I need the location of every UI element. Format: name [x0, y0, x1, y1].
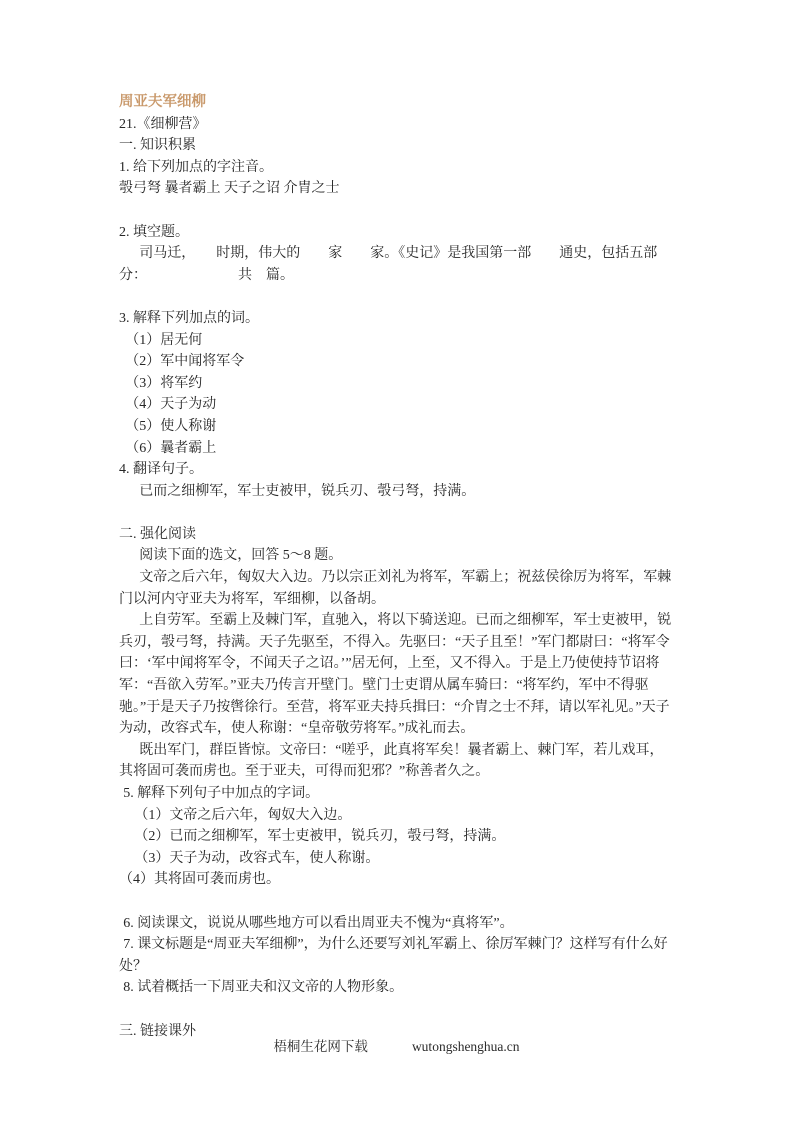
blank-line — [119, 286, 677, 308]
blank-line — [119, 200, 677, 222]
doc-line: （3）将军约 — [119, 373, 677, 395]
blank-line — [119, 502, 677, 524]
doc-line: （2）军中闻将军令 — [119, 351, 677, 373]
page-footer: 梧桐生花网下载wutongshenghua.cn — [0, 1036, 793, 1057]
doc-line: （4）天子为动 — [119, 394, 677, 416]
doc-line: 上自劳军。至霸上及棘门军，直驰入，将以下骑送迎。已而之细柳军，军士吏被甲，锐兵刃… — [119, 610, 677, 740]
footer-site-url: wutongshenghua.cn — [412, 1036, 520, 1057]
doc-line: 二. 强化阅读 — [119, 524, 677, 546]
doc-line: 21.《细柳营》 — [119, 114, 677, 136]
doc-line: 已而之细柳军，军士吏被甲，锐兵刃、彀弓弩，持满。 — [119, 481, 677, 503]
blank-line — [119, 999, 677, 1021]
document-page: 周亚夫军细柳 21.《细柳营》一. 知识积累1. 给下列加点的字注音。彀弓弩 曩… — [0, 0, 793, 1122]
doc-line: （1）文帝之后六年，匈奴大入边。 — [119, 805, 677, 827]
doc-line: 7. 课文标题是“周亚夫军细柳”，为什么还要写刘礼军霸上、徐厉军棘门？这样写有什… — [119, 934, 677, 977]
doc-line: 5. 解释下列句子中加点的字词。 — [119, 783, 677, 805]
doc-line: 文帝之后六年，匈奴大入边。乃以宗正刘礼为将军，军霸上；祝兹侯徐厉为将军，军棘门以… — [119, 567, 677, 610]
doc-line: 阅读下面的选文，回答 5～8 题。 — [119, 545, 677, 567]
doc-line: （6）曩者霸上 — [119, 438, 677, 460]
doc-line: 司马迁， 时期，伟大的 家 家。《史记》是我国第一部 通史，包括五部分： 共 篇… — [119, 243, 677, 286]
doc-line: 3. 解释下列加点的词。 — [119, 308, 677, 330]
doc-line: （2）已而之细柳军，军士吏被甲，锐兵刃，彀弓弩，持满。 — [119, 826, 677, 848]
document-body: 21.《细柳营》一. 知识积累1. 给下列加点的字注音。彀弓弩 曩者霸上 天子之… — [119, 114, 677, 1043]
doc-line: 彀弓弩 曩者霸上 天子之诏 介胄之士 — [119, 178, 677, 200]
doc-line: 2. 填空题。 — [119, 222, 677, 244]
doc-line: 8. 试着概括一下周亚夫和汉文帝的人物形象。 — [119, 977, 677, 999]
doc-line: 1. 给下列加点的字注音。 — [119, 157, 677, 179]
doc-line: （1）居无何 — [119, 330, 677, 352]
doc-line: （4）其将固可袭而虏也。 — [119, 869, 677, 891]
doc-line: （3）天子为动，改容式车，使人称谢。 — [119, 848, 677, 870]
footer-site-name: 梧桐生花网下载 — [273, 1036, 368, 1057]
document-content: 周亚夫军细柳 21.《细柳营》一. 知识积累1. 给下列加点的字注音。彀弓弩 曩… — [119, 92, 677, 1042]
doc-line: 4. 翻译句子。 — [119, 459, 677, 481]
doc-line: （5）使人称谢 — [119, 416, 677, 438]
document-title: 周亚夫军细柳 — [119, 92, 677, 114]
doc-line: 一. 知识积累 — [119, 135, 677, 157]
doc-line: 6. 阅读课文，说说从哪些地方可以看出周亚夫不愧为“真将军”。 — [119, 913, 677, 935]
blank-line — [119, 891, 677, 913]
doc-line: 既出军门，群臣皆惊。文帝曰：“嗟乎，此真将军矣！曩者霸上、棘门军，若儿戏耳，其将… — [119, 740, 677, 783]
